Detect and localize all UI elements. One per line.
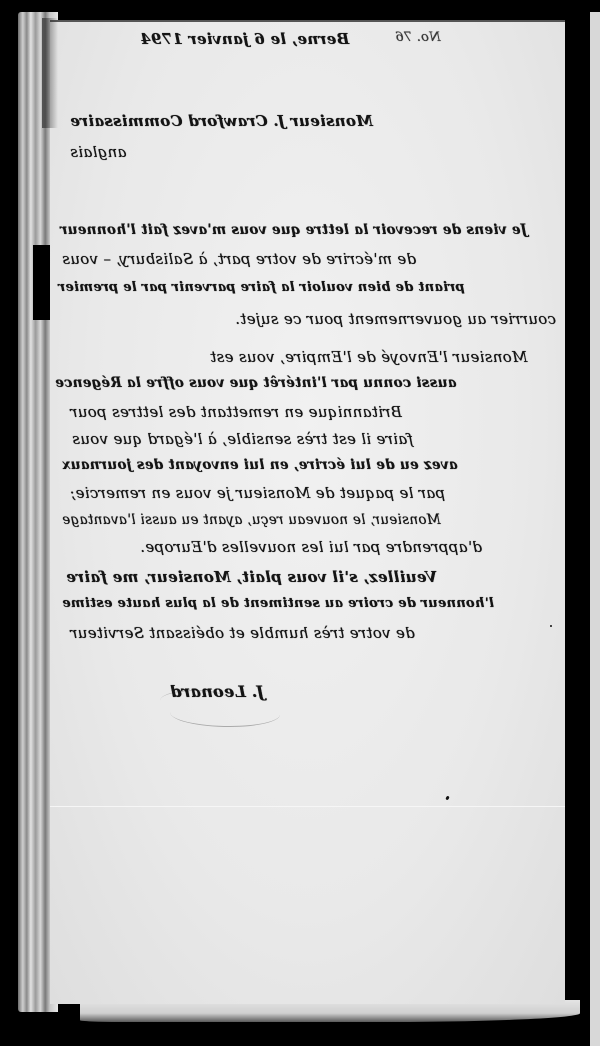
- body-line-10: par le paquet de Monsieur je vous en rem…: [70, 484, 445, 502]
- body-line-8: faire il est très sensible, à l'égard qu…: [72, 430, 413, 448]
- binding-shadow: [42, 18, 58, 128]
- body-line-11: Monsieur, le nouveau reçu, ayant eu auss…: [62, 512, 441, 528]
- document-number: No. 76: [395, 30, 441, 45]
- fold-line: [50, 806, 565, 807]
- body-line-9: avez eu de lui écrire, en lui envoyant d…: [62, 457, 458, 473]
- body-line-2: de m'écrire de votre part, à Salisbury, …: [62, 250, 416, 268]
- date-line: Berne, le 6 janvier 1794: [140, 30, 349, 48]
- body-line-13: Veuillez, s'il vous plait, Monsieur, me …: [66, 568, 437, 586]
- body-line-14: l'honneur de croire au sentiment de la p…: [62, 596, 494, 611]
- body-line-7: Britannique en remettant des lettres pou…: [70, 403, 402, 421]
- body-line-4: courrier au gouvernement pour ce sujet.: [235, 310, 556, 328]
- body-line-15: de votre très humble et obéissant Servit…: [70, 624, 415, 642]
- body-line-5: Monsieur l'Envoyé de l'Empire, vous est: [210, 348, 527, 366]
- addressee-line-1: Monsieur J. Crawford Commissaire: [70, 112, 373, 130]
- adjacent-page-edge: [590, 12, 600, 1046]
- body-line-6: aussi connu par l'intérêt que vous offre…: [55, 375, 457, 391]
- signature: J. Leonard: [170, 682, 264, 701]
- body-line-12: d'apprendre par lui les nouvelles d'Euro…: [140, 538, 482, 556]
- binding-notch: [33, 245, 51, 320]
- addressee-line-2: anglais: [70, 143, 127, 161]
- body-line-3: priant de bien vouloir la faire parvenir…: [58, 280, 465, 295]
- scanned-document: No. 76 Berne, le 6 janvier 1794 Monsieur…: [0, 0, 600, 1046]
- body-line-1: Je viens de recevoir la lettre que vous …: [60, 222, 527, 238]
